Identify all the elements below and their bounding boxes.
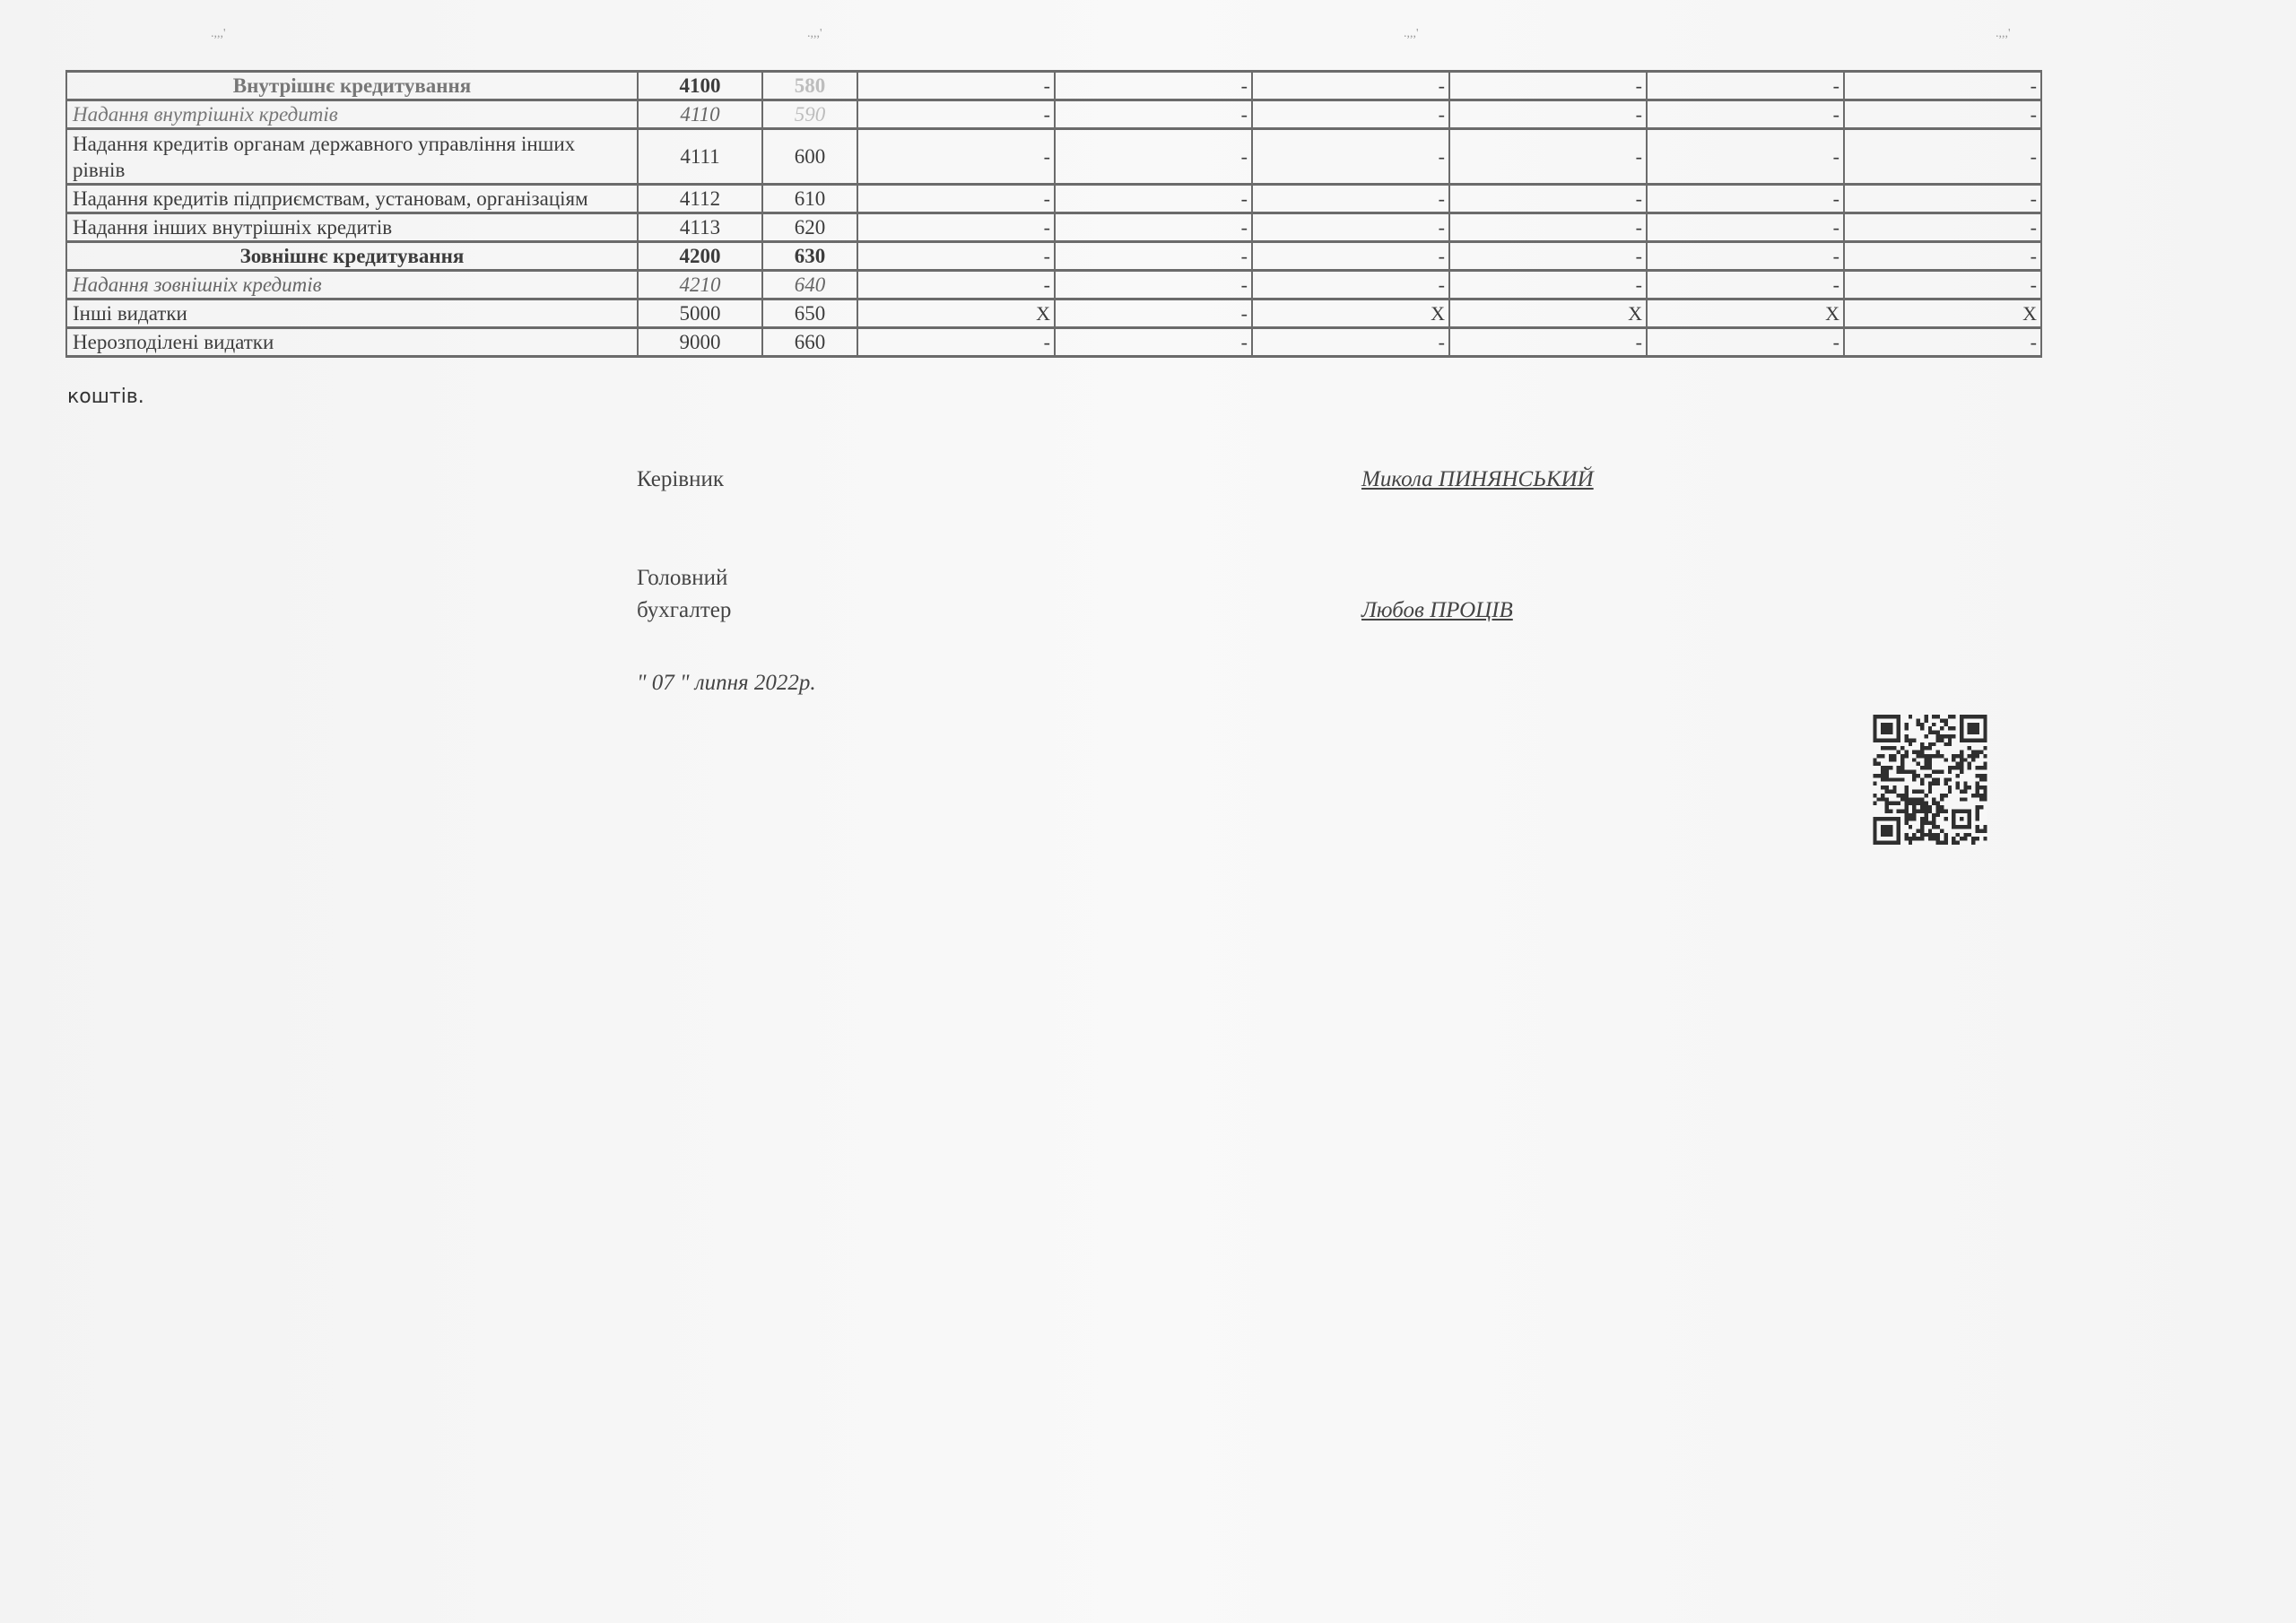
table-row: Нерозподілені видатки9000660------ (66, 328, 2041, 357)
value-cell: - (1647, 100, 1844, 129)
value-cell: - (1844, 213, 2041, 242)
row-name-cell: Надання внутрішніх кредитів (66, 100, 638, 129)
kekv-code-cell: 4200 (638, 242, 762, 271)
value-cell: - (1252, 129, 1449, 185)
value-cell: - (1844, 242, 2041, 271)
value-cell: X (857, 299, 1055, 328)
value-cell: - (1449, 213, 1647, 242)
kekv-code-cell: 4111 (638, 129, 762, 185)
value-cell: - (857, 185, 1055, 213)
table-row: Внутрішнє кредитування4100580------ (66, 72, 2041, 100)
credit-expenses-table: Внутрішнє кредитування4100580------Надан… (65, 70, 2042, 358)
value-cell: - (1252, 271, 1449, 299)
value-cell: - (1252, 72, 1449, 100)
chief-accountant-label-line2: бухгалтер (637, 595, 731, 627)
value-cell: - (857, 328, 1055, 357)
value-cell: - (1647, 213, 1844, 242)
line-code-cell: 630 (762, 242, 857, 271)
chief-accountant-name: Любов ПРОЦІВ (1361, 595, 1513, 627)
line-code-cell: 600 (762, 129, 857, 185)
value-cell: - (1055, 271, 1252, 299)
value-cell: - (857, 129, 1055, 185)
row-name-cell: Нерозподілені видатки (66, 328, 638, 357)
head-name: Микола ПИНЯНСЬКИЙ (1361, 464, 1594, 496)
value-cell: - (1647, 129, 1844, 185)
value-cell: - (857, 242, 1055, 271)
value-cell: - (1844, 185, 2041, 213)
value-cell: - (1055, 185, 1252, 213)
value-cell: - (857, 271, 1055, 299)
line-code-cell: 580 (762, 72, 857, 100)
line-code-cell: 650 (762, 299, 857, 328)
value-cell: - (1647, 271, 1844, 299)
value-cell: - (1252, 185, 1449, 213)
value-cell: X (1252, 299, 1449, 328)
line-code-cell: 660 (762, 328, 857, 357)
line-code-cell: 620 (762, 213, 857, 242)
value-cell: - (1055, 100, 1252, 129)
value-cell: - (1055, 213, 1252, 242)
row-name-cell: Інші видатки (66, 299, 638, 328)
value-cell: - (1647, 242, 1844, 271)
line-code-cell: 610 (762, 185, 857, 213)
kekv-code-cell: 9000 (638, 328, 762, 357)
value-cell: - (1449, 328, 1647, 357)
table-row: Надання кредитів підприємствам, установа… (66, 185, 2041, 213)
value-cell: - (1055, 328, 1252, 357)
row-name-cell: Внутрішнє кредитування (66, 72, 638, 100)
value-cell: X (1449, 299, 1647, 328)
kekv-code-cell: 5000 (638, 299, 762, 328)
value-cell: X (1647, 299, 1844, 328)
value-cell: - (1647, 185, 1844, 213)
value-cell: - (1844, 328, 2041, 357)
table-row: Інші видатки5000650X-XXXX (66, 299, 2041, 328)
kekv-code-cell: 4110 (638, 100, 762, 129)
value-cell: - (1647, 328, 1844, 357)
row-name-cell: Зовнішнє кредитування (66, 242, 638, 271)
document-date: " 07 " липня 2022р. (637, 667, 816, 699)
row-name-cell: Надання інших внутрішніх кредитів (66, 213, 638, 242)
value-cell: - (1055, 299, 1252, 328)
value-cell: - (1055, 129, 1252, 185)
row-name-cell: Надання кредитів підприємствам, установа… (66, 185, 638, 213)
value-cell: - (1252, 328, 1449, 357)
kekv-code-cell: 4100 (638, 72, 762, 100)
value-cell: - (857, 100, 1055, 129)
table-row: Надання інших внутрішніх кредитів4113620… (66, 213, 2041, 242)
value-cell: - (1449, 129, 1647, 185)
value-cell: - (1647, 72, 1844, 100)
value-cell: - (1449, 271, 1647, 299)
value-cell: - (1844, 129, 2041, 185)
chief-accountant-label-line1: Головний (637, 562, 727, 595)
kekv-code-cell: 4113 (638, 213, 762, 242)
value-cell: - (857, 213, 1055, 242)
value-cell: X (1844, 299, 2041, 328)
line-code-cell: 640 (762, 271, 857, 299)
table-row: Зовнішнє кредитування4200630------ (66, 242, 2041, 271)
value-cell: - (1449, 185, 1647, 213)
value-cell: - (1055, 72, 1252, 100)
row-name-cell: Надання зовнішніх кредитів (66, 271, 638, 299)
qr-code-icon (1873, 715, 1987, 845)
head-label: Керівник (637, 464, 724, 496)
table-row: Надання зовнішніх кредитів4210640------ (66, 271, 2041, 299)
value-cell: - (1449, 242, 1647, 271)
document-page: Внутрішнє кредитування4100580------Надан… (0, 0, 2296, 1623)
value-cell: - (1252, 213, 1449, 242)
value-cell: - (1055, 242, 1252, 271)
table-row: Надання кредитів органам державного упра… (66, 129, 2041, 185)
value-cell: - (1449, 100, 1647, 129)
table-row: Надання внутрішніх кредитів4110590------ (66, 100, 2041, 129)
value-cell: - (857, 72, 1055, 100)
row-name-cell: Надання кредитів органам державного упра… (66, 129, 638, 185)
line-code-cell: 590 (762, 100, 857, 129)
continuation-text: коштів. (67, 386, 144, 408)
value-cell: - (1844, 72, 2041, 100)
kekv-code-cell: 4210 (638, 271, 762, 299)
kekv-code-cell: 4112 (638, 185, 762, 213)
value-cell: - (1844, 100, 2041, 129)
value-cell: - (1252, 100, 1449, 129)
value-cell: - (1252, 242, 1449, 271)
value-cell: - (1844, 271, 2041, 299)
value-cell: - (1449, 72, 1647, 100)
